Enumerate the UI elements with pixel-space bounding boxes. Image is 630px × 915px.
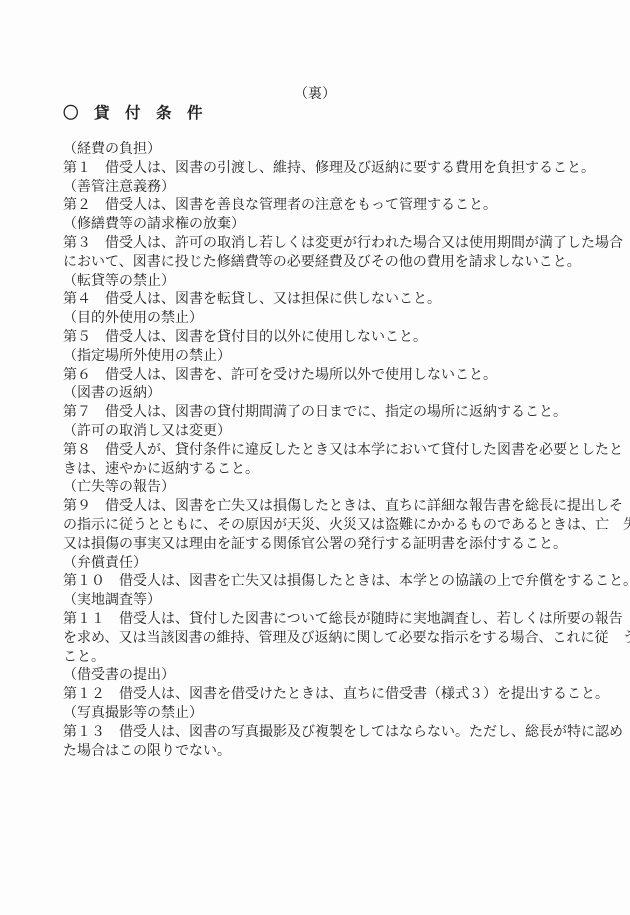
clause-text: た場合はこの限りでない。 [63,743,583,762]
clause-caption: （弁償責任） [63,555,583,574]
page-side-label: （裏） [0,83,630,103]
clause-text: 第１１ 借受人は、貸付した図書について総長が随時に実地調査し、若しくは所要の報告 [63,611,583,630]
clause-caption: （写真撮影等の禁止） [63,705,583,724]
clause-text: 第３ 借受人は、許可の取消し若しくは変更が行われた場合又は使用期間が満了した場合 [63,235,583,254]
clause-text: こと。 [63,649,583,668]
clause-text: 第２ 借受人は、図書を善良な管理者の注意をもって管理すること。 [63,197,583,216]
clause-caption: （借受書の提出） [63,667,583,686]
clause-caption: （目的外使用の禁止） [63,310,583,329]
document-title: 〇 貸 付 条 件 [63,101,203,123]
clause-caption: （亡失等の報告） [63,479,583,498]
document-page: （裏） 〇 貸 付 条 件 （経費の負担）第１ 借受人は、図書の引渡し、維持、修… [0,0,630,915]
clause-text: 又は損傷の事実又は理由を証する関係官公署の発行する証明書を添付すること。 [63,536,583,555]
clause-text: を求め、又は当該図書の維持、管理及び返納に関して必要な指示をする場合、これに従 … [63,630,583,649]
clause-caption: （指定場所外使用の禁止） [63,348,583,367]
clause-caption: （図書の返納） [63,385,583,404]
clause-caption: （修繕費等の請求権の放棄） [63,216,583,235]
document-body: （経費の負担）第１ 借受人は、図書の引渡し、維持、修理及び返納に要する費用を負担… [63,141,583,761]
clause-text: 第１３ 借受人は、図書の写真撮影及び複製をしてはならない。ただし、総長が特に認め [63,724,583,743]
clause-text: 第７ 借受人は、図書の貸付期間満了の日までに、指定の場所に返納すること。 [63,404,583,423]
clause-caption: （許可の取消し又は変更） [63,423,583,442]
clause-text: において、図書に投じた修繕費等の必要経費及びその他の費用を請求しないこと。 [63,254,583,273]
clause-caption: （善管注意義務） [63,179,583,198]
clause-text: 第４ 借受人は、図書を転貸し、又は担保に供しないこと。 [63,291,583,310]
clause-text: 第５ 借受人は、図書を貸付目的以外に使用しないこと。 [63,329,583,348]
clause-text: きは、速やかに返納すること。 [63,461,583,480]
clause-caption: （転貸等の禁止） [63,273,583,292]
clause-text: 第９ 借受人は、図書を亡失又は損傷したときは、直ちに詳細な報告書を総長に提出しそ [63,498,583,517]
clause-text: 第１０ 借受人は、図書を亡失又は損傷したときは、本学との協議の上で弁償をすること… [63,573,583,592]
clause-text: 第１ 借受人は、図書の引渡し、維持、修理及び返納に要する費用を負担すること。 [63,160,583,179]
clause-text: 第１２ 借受人は、図書を借受けたときは、直ちに借受書（様式３）を提出すること。 [63,686,583,705]
clause-text: 第８ 借受人が、貸付条件に違反したとき又は本学において貸付した図書を必要としたと [63,442,583,461]
clause-caption: （経費の負担） [63,141,583,160]
clause-caption: （実地調査等） [63,592,583,611]
clause-text: の指示に従うとともに、その原因が天災、火災又は盗難にかかるものであるときは、亡 … [63,517,583,536]
clause-text: 第６ 借受人は、図書を、許可を受けた場所以外で使用しないこと。 [63,367,583,386]
